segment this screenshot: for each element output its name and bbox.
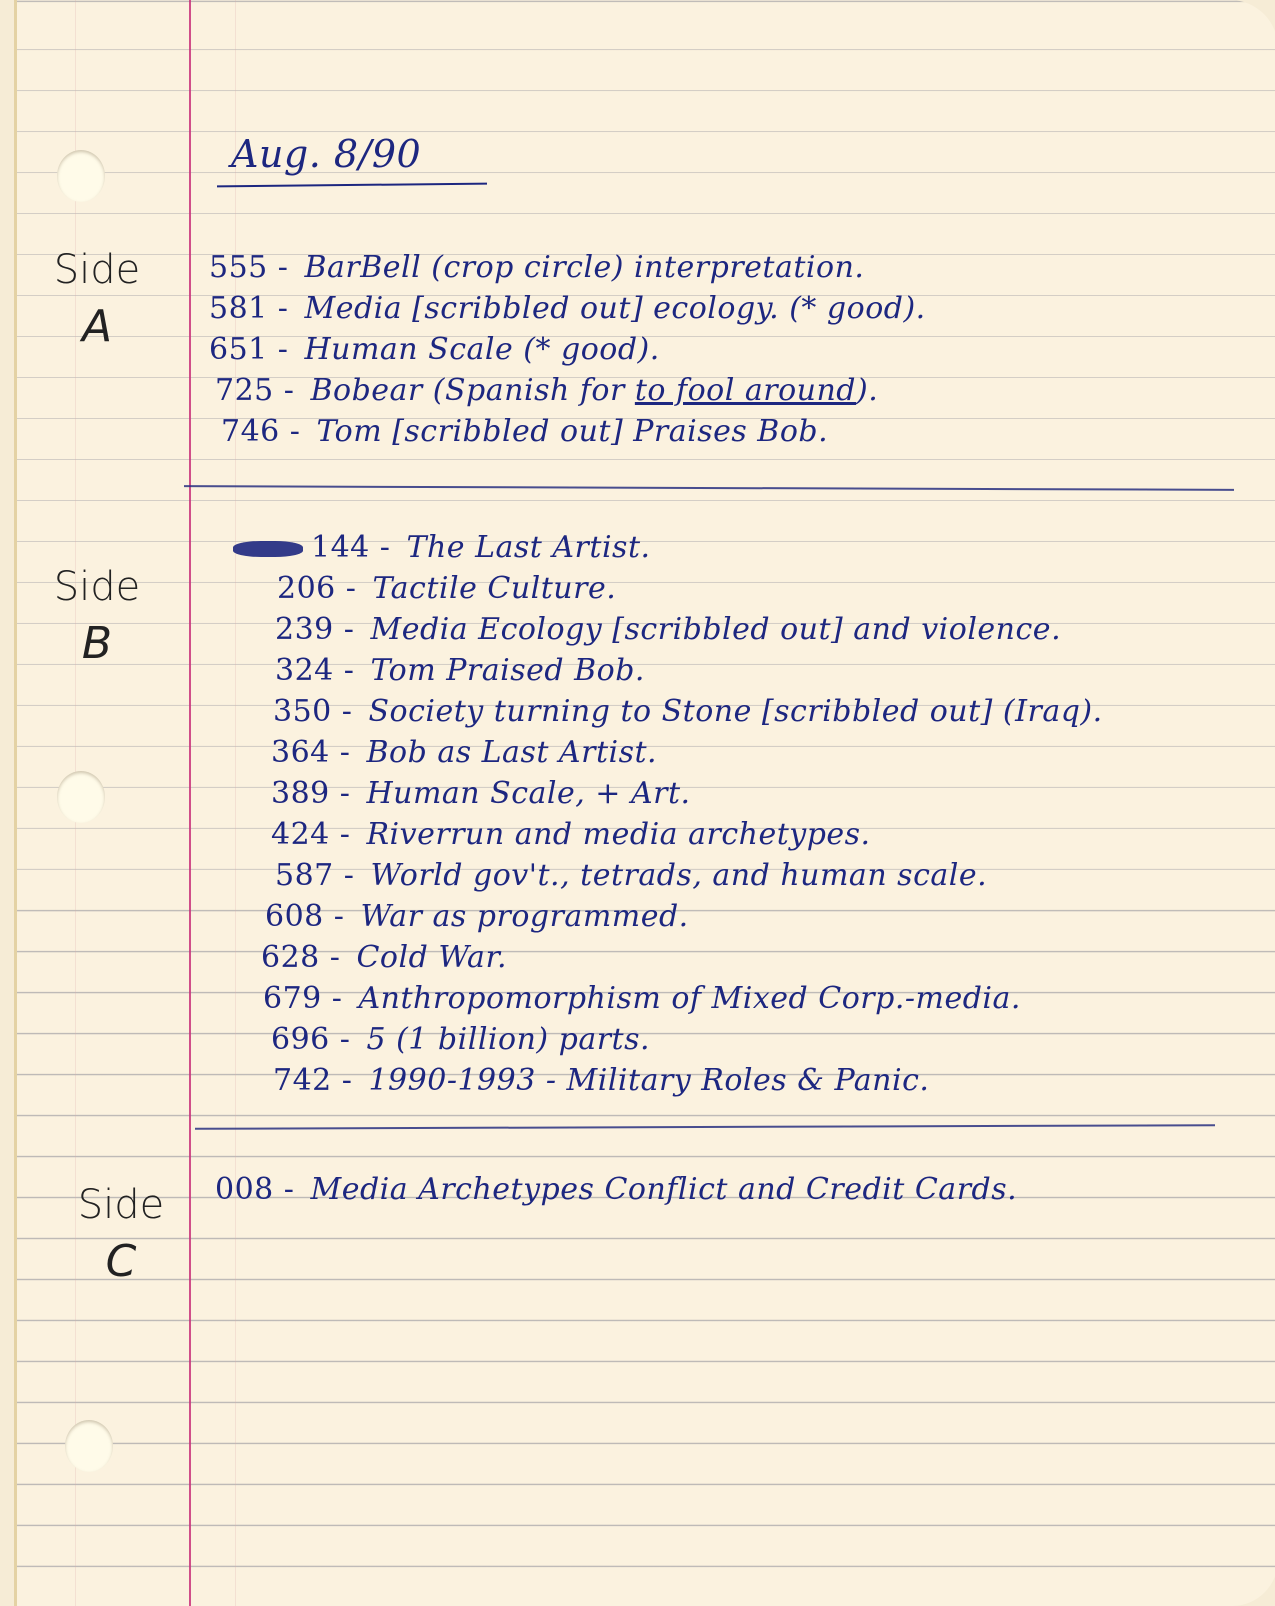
counter-number: 424 - [271,817,350,852]
side-a-label: Side A [27,248,167,362]
underlined-text: to fool around [635,373,856,408]
scribbled-out-mark [233,541,303,557]
entry-text: Bob as Last Artist. [356,735,657,770]
entry-text: 5 (1 billion) parts. [356,1022,650,1057]
log-entry: 608 - War as programmed. [265,899,689,934]
entry-text: World gov't., tetrads, and human scale. [360,858,987,893]
entry-text: 1990-1993 - Military Roles & Panic. [358,1063,929,1098]
log-entry: 008 - Media Archetypes Conflict and Cred… [215,1172,1017,1207]
entry-text: Media Archetypes Conflict and Credit Car… [300,1172,1017,1207]
counter-number: 628 - [261,940,340,975]
log-entry: 587 - World gov't., tetrads, and human s… [275,858,987,893]
side-letter: B [27,609,167,679]
counter-number: 389 - [271,776,350,811]
counter-number: 144 - [311,530,390,565]
log-entry: 742 - 1990-1993 - Military Roles & Panic… [273,1063,929,1098]
counter-number: 555 - [209,250,288,285]
counter-number: 608 - [265,899,344,934]
side-letter: A [27,292,167,362]
log-entry: 364 - Bob as Last Artist. [271,735,657,770]
entry-text: Anthropomorphism of Mixed Corp.-media. [348,981,1021,1016]
counter-number: 742 - [273,1063,352,1098]
section-divider [195,1124,1215,1130]
log-entry: 324 - Tom Praised Bob. [275,653,645,688]
side-word: Side [27,565,167,609]
binder-hole [65,1420,113,1472]
counter-number: 364 - [271,735,350,770]
entry-text: Bobear (Spanish for [300,373,634,408]
log-entry: 725 - Bobear (Spanish for to fool around… [215,373,878,408]
date-underline [217,183,487,188]
faint-rule [235,0,236,1606]
counter-number: 324 - [275,653,354,688]
counter-number: 008 - [215,1172,294,1207]
entry-text: The Last Artist. [396,530,650,565]
counter-number: 581 - [209,291,288,326]
counter-number: 725 - [215,373,294,408]
entry-text: Media Ecology [scribbled out] and violen… [360,612,1061,647]
log-entry: 651 - Human Scale (* good). [209,332,660,367]
log-entry: 679 - Anthropomorphism of Mixed Corp.-me… [263,981,1021,1016]
log-entry: 696 - 5 (1 billion) parts. [271,1022,650,1057]
log-entry: 206 - Tactile Culture. [277,571,616,606]
log-entry: 746 - Tom [scribbled out] Praises Bob. [221,414,828,449]
counter-number: 587 - [275,858,354,893]
log-entry: 239 - Media Ecology [scribbled out] and … [275,612,1061,647]
side-word: Side [51,1183,191,1227]
entry-text: Tactile Culture. [362,571,616,606]
counter-number: 239 - [275,612,354,647]
side-word: Side [27,248,167,292]
binder-hole [57,771,105,823]
entry-text: Cold War. [346,940,507,975]
entry-text-end: ). [856,373,878,408]
entry-text: War as programmed. [350,899,688,934]
counter-number: 206 - [277,571,356,606]
side-letter: C [51,1227,191,1297]
entry-text: Riverrun and media archetypes. [356,817,870,852]
counter-number: 746 - [221,414,300,449]
side-c-label: Side C [51,1183,191,1297]
entry-text: BarBell (crop circle) interpretation. [294,250,864,285]
log-entry: 350 - Society turning to Stone [scribble… [273,694,1103,729]
counter-number: 651 - [209,332,288,367]
entry-text: Media [scribbled out] ecology. (* good). [294,291,925,326]
log-entry: 581 - Media [scribbled out] ecology. (* … [209,291,926,326]
binder-hole [57,150,105,202]
entry-text: Human Scale, + Art. [356,776,690,811]
entry-text: Human Scale (* good). [294,332,659,367]
log-entry: 389 - Human Scale, + Art. [271,776,691,811]
log-entry: 424 - Riverrun and media archetypes. [271,817,871,852]
notebook-page: Aug. 8/90 Side A 555 - BarBell (crop cir… [14,0,1275,1606]
entry-text: Tom Praised Bob. [360,653,645,688]
log-entry: 628 - Cold War. [261,940,507,975]
counter-number: 679 - [263,981,342,1016]
counter-number: 696 - [271,1022,350,1057]
entry-text: Society turning to Stone [scribbled out]… [358,694,1102,729]
side-b-label: Side B [27,565,167,679]
counter-number: 350 - [273,694,352,729]
page-date: Aug. 8/90 [231,132,421,176]
entry-text: Tom [scribbled out] Praises Bob. [306,414,828,449]
log-entry: 144 - The Last Artist. [311,530,651,565]
log-entry: 555 - BarBell (crop circle) interpretati… [209,250,864,285]
margin-line [189,0,191,1606]
section-divider [184,485,1234,491]
